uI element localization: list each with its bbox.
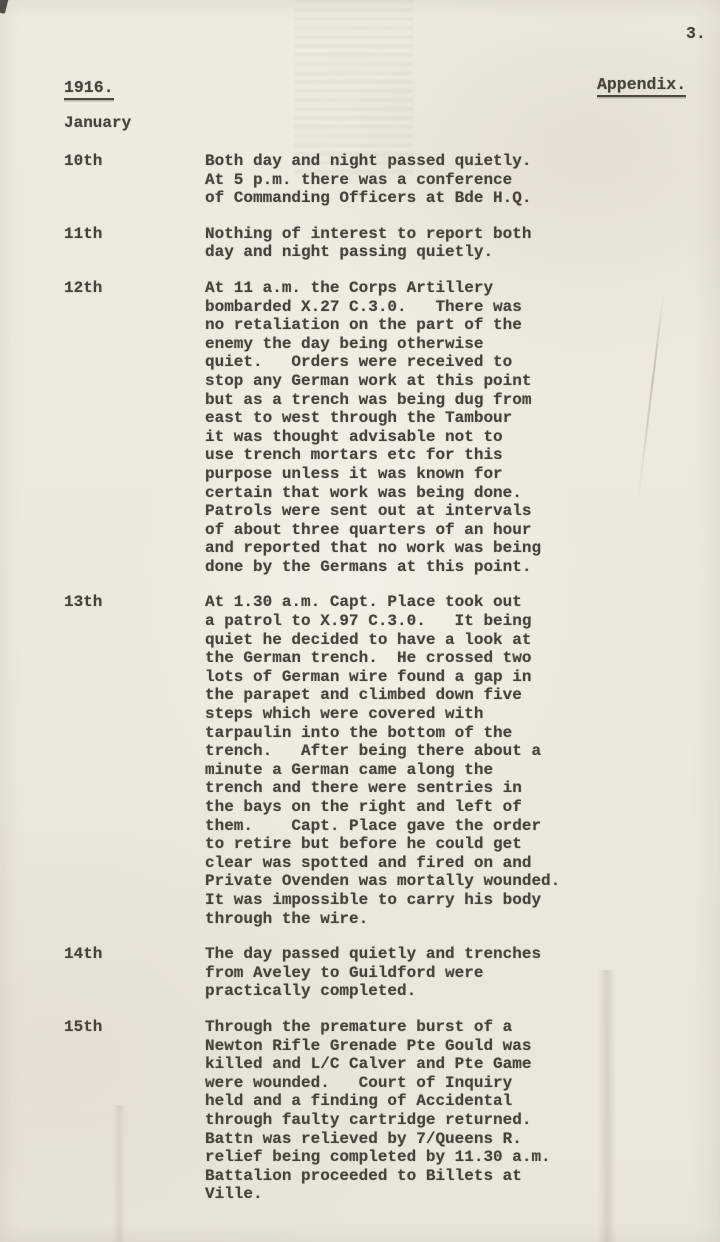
diary-entry-14th: 14th The day passed quietly and trenches… bbox=[0, 945, 720, 1001]
scan-corner-mark bbox=[0, 0, 9, 14]
entry-date: 11th bbox=[0, 225, 205, 244]
entry-text: The day passed quietly and trenches from… bbox=[205, 945, 541, 1001]
war-diary-scanned-page: 3. 1916. Appendix. January 10th Both day… bbox=[0, 0, 720, 1242]
entry-text: At 11 a.m. the Corps Artillery bombarded… bbox=[205, 279, 541, 577]
appendix-heading: Appendix. bbox=[597, 75, 686, 97]
diary-entries: 10th Both day and night passed quietly. … bbox=[0, 152, 720, 1221]
entry-date: 13th bbox=[0, 593, 205, 612]
year-heading: 1916. bbox=[64, 78, 114, 100]
diary-entry-15th: 15th Through the premature burst of a Ne… bbox=[0, 1018, 720, 1204]
entry-date: 14th bbox=[0, 945, 205, 964]
entry-date: 10th bbox=[0, 152, 205, 171]
entry-date: 12th bbox=[0, 279, 205, 298]
page-number: 3. bbox=[686, 24, 706, 43]
entry-text: Through the premature burst of a Newton … bbox=[205, 1018, 551, 1204]
entry-text: At 1.30 a.m. Capt. Place took out a patr… bbox=[205, 593, 560, 928]
month-heading: January bbox=[64, 114, 131, 132]
diary-entry-13th: 13th At 1.30 a.m. Capt. Place took out a… bbox=[0, 593, 720, 928]
diary-entry-12th: 12th At 11 a.m. the Corps Artillery bomb… bbox=[0, 279, 720, 577]
entry-text: Both day and night passed quietly. At 5 … bbox=[205, 152, 531, 208]
entry-text: Nothing of interest to report both day a… bbox=[205, 225, 531, 262]
diary-entry-10th: 10th Both day and night passed quietly. … bbox=[0, 152, 720, 208]
diary-entry-11th: 11th Nothing of interest to report both … bbox=[0, 225, 720, 262]
entry-date: 15th bbox=[0, 1018, 205, 1037]
